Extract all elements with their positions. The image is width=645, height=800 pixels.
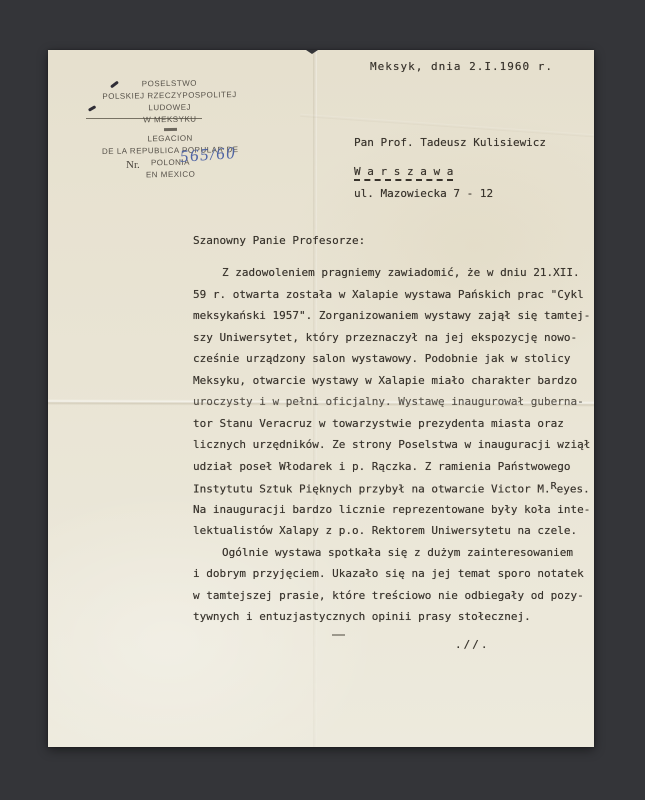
stamp-line-spanish: EN MEXICO: [86, 167, 256, 181]
stamp-line-polish: POLSKIEJ RZECZYPOSPOLITEJ LUDOWEJ: [84, 89, 254, 115]
letter-line: w tamtejszej prasie, które treściowo nie…: [193, 589, 590, 611]
letter-line: licznych urzędników. Ze strony Poselstwa…: [193, 438, 590, 460]
letter-line: szy Uniwersytet, który przeznaczył na je…: [193, 331, 590, 353]
stamp-line-polish: W MEKSYKU: [85, 113, 255, 127]
letter-line: Na inauguracji bardzo licznie reprezento…: [193, 503, 590, 525]
letter-line: Ogólnie wystawa spotkała się z dużym zai…: [193, 546, 590, 568]
letter-line: cześnie urządzony salon wystawowy. Podob…: [193, 352, 590, 374]
dateline: Meksyk, dnia 2.I.1960 r.: [370, 60, 553, 73]
paper-edge-notch: [306, 50, 318, 54]
letter-line: udział poseł Włodarek i p. Rączka. Z ram…: [193, 460, 590, 482]
recipient-street: ul. Mazowiecka 7 - 12: [354, 187, 546, 200]
letter-line: tywnych i entuzjastycznych opinii prasy …: [193, 610, 590, 632]
letter-line-text: eyes.: [557, 483, 590, 496]
recipient-name: Pan Prof. Tadeusz Kulisiewicz: [354, 136, 546, 149]
letter-line: tor Stanu Veracruz w towarzystwie prezyd…: [193, 417, 590, 439]
recipient-block: Pan Prof. Tadeusz Kulisiewicz W a r s z …: [354, 136, 546, 200]
reference-number-handwritten: 565/60: [179, 143, 236, 167]
fold-crease-diagonal: [300, 114, 593, 138]
salutation: Szanowny Panie Profesorze:: [193, 234, 365, 247]
letter-line: uroczysty i w pełni oficjalny. Wystawę i…: [193, 395, 590, 417]
scan-background: POSELSTWO POLSKIEJ RZECZYPOSPOLITEJ LUDO…: [0, 0, 645, 800]
letter-line: 59 r. otwarta została w Xalapie wystawa …: [193, 288, 590, 310]
letterhead-stamp: POSELSTWO POLSKIEJ RZECZYPOSPOLITEJ LUDO…: [84, 77, 255, 182]
end-mark: .//.: [455, 638, 490, 651]
stamp-separator: [163, 128, 176, 131]
pencil-mark: [332, 634, 345, 636]
letter-line: Z zadowoleniem pragniemy zawiadomić, że …: [193, 266, 590, 288]
reference-number-line: [86, 118, 202, 119]
letter-line: lektualistów Xalapy z p.o. Rektorem Uniw…: [193, 524, 590, 546]
letter-line: Meksyku, otwarcie wystawy w Xalapie miał…: [193, 374, 590, 396]
letter-line: meksykański 1957". Zorganizowaniem wysta…: [193, 309, 590, 331]
reference-number-label: Nr.: [126, 159, 140, 171]
recipient-city: W a r s z a w a: [354, 165, 453, 181]
reference-number-row: Nr. 565/60: [126, 153, 140, 172]
letter-paper: POSELSTWO POLSKIEJ RZECZYPOSPOLITEJ LUDO…: [48, 50, 594, 747]
letter-line-text: Instytutu Sztuk Pięknych przybył na otwa…: [193, 483, 551, 496]
letter-line: i dobrym przyjęciem. Ukazało się na jej …: [193, 567, 590, 589]
letter-body: Z zadowoleniem pragniemy zawiadomić, że …: [193, 266, 590, 632]
letter-line: Instytutu Sztuk Pięknych przybył na otwa…: [193, 481, 590, 503]
